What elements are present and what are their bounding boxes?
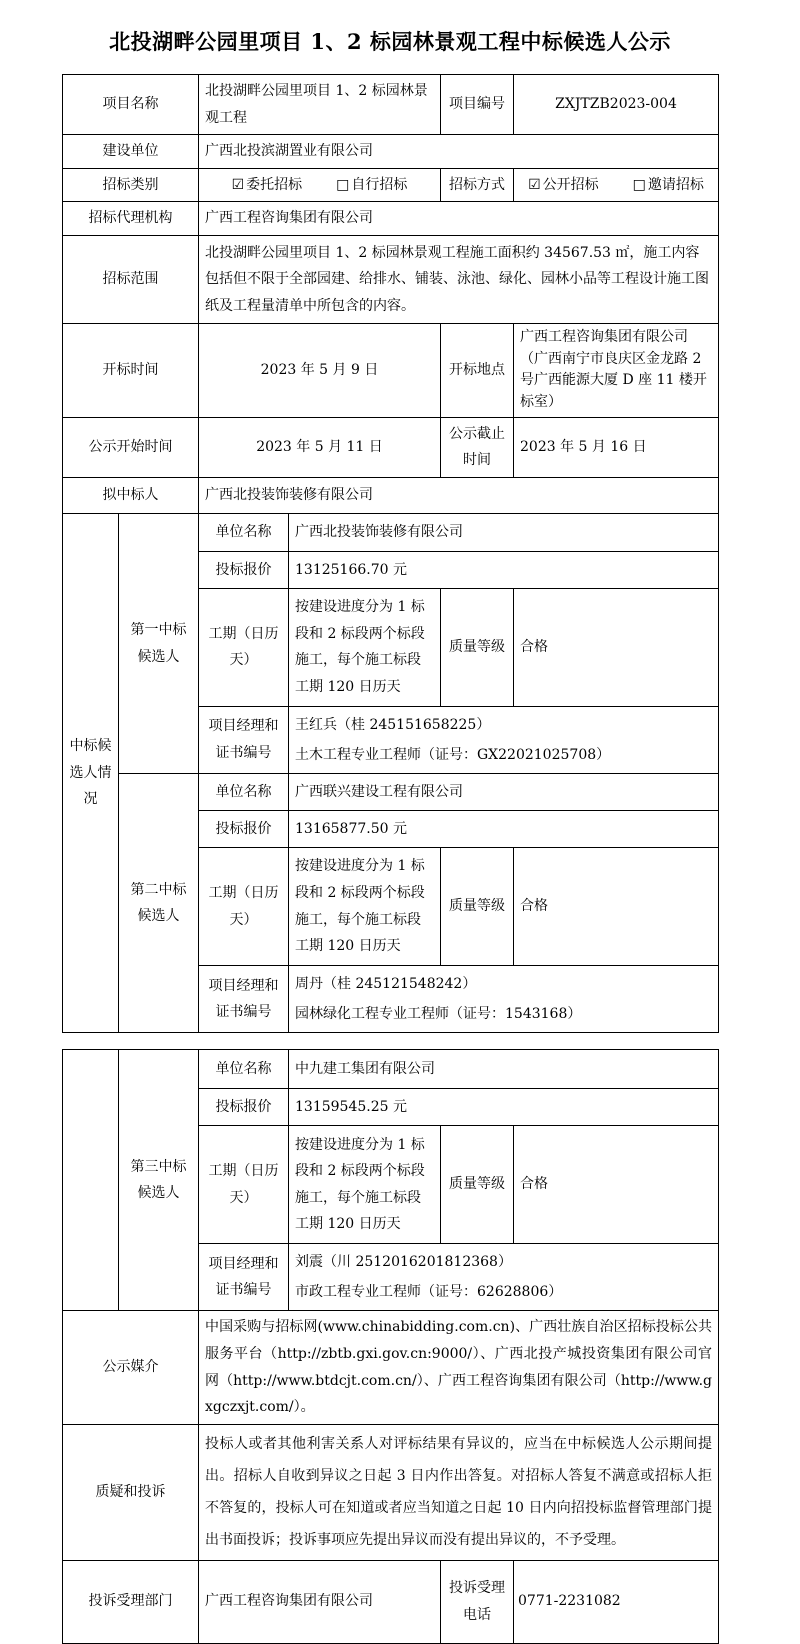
publicity-start-value: 2023 年 5 月 11 日 <box>199 417 441 477</box>
bid-method-label: 招标方式 <box>441 168 514 202</box>
table-row: 质疑和投诉 投标人或者其他利害关系人对评标结果有异议的，应当在中标候选人公示期间… <box>63 1424 719 1560</box>
self-bid-label: 自行招标 <box>351 172 407 199</box>
checked-checkbox-icon: ☑ <box>528 172 541 199</box>
unchecked-checkbox-icon: □ <box>336 172 349 199</box>
candidate-1-price-value: 13125166.70 元 <box>289 551 719 588</box>
table-row: 第三中标候选人 单位名称 中九建工集团有限公司 <box>63 1050 719 1089</box>
table-row: 投诉受理部门 广西工程咨询集团有限公司 投诉受理电话 0771-2231082 <box>63 1560 719 1643</box>
manager-cert-label: 项目经理和证书编号 <box>199 966 289 1033</box>
publicity-end-label: 公示截止时间 <box>441 417 514 477</box>
checked-checkbox-icon: ☑ <box>232 172 245 199</box>
table-row: 开标时间 2023 年 5 月 9 日 开标地点 广西工程咨询集团有限公司（广西… <box>63 323 719 417</box>
manager-cert-line: 园林绿化工程专业工程师（证号：1543168） <box>295 999 712 1029</box>
proposed-winner-value: 广西北投装饰装修有限公司 <box>199 477 719 513</box>
invite-bid-label: 邀请招标 <box>648 172 704 199</box>
candidates-group-empty-cell <box>63 1050 119 1311</box>
candidate-1-rank-label: 第一中标候选人 <box>119 513 199 773</box>
complaint-dept-value: 广西工程咨询集团有限公司 <box>199 1560 441 1643</box>
manager-name-line: 王红兵（桂 245151658225） <box>295 710 712 740</box>
candidate-2-manager-value: 周丹（桂 245121548242） 园林绿化工程专业工程师（证号：154316… <box>289 966 719 1033</box>
project-name-label: 项目名称 <box>63 75 199 135</box>
owner-value: 广西北投滨湖置业有限公司 <box>199 135 719 169</box>
scope-label: 招标范围 <box>63 235 199 323</box>
duration-label: 工期（日历天） <box>199 588 289 706</box>
manager-name-line: 刘震（川 2512016201812368） <box>295 1247 712 1277</box>
candidate-3-unit-value: 中九建工集团有限公司 <box>289 1050 719 1089</box>
project-name-value: 北投湖畔公园里项目 1、2 标园林景观工程 <box>199 75 441 135</box>
bid-price-label: 投标报价 <box>199 551 289 588</box>
table-row: 公示开始时间 2023 年 5 月 11 日 公示截止时间 2023 年 5 月… <box>63 417 719 477</box>
manager-name-line: 周丹（桂 245121548242） <box>295 969 712 999</box>
table-row: 招标代理机构 广西工程咨询集团有限公司 <box>63 202 719 236</box>
table-row: 中标候选人情况 第一中标候选人 单位名称 广西北投装饰装修有限公司 <box>63 513 719 551</box>
candidate-1-quality-value: 合格 <box>514 588 719 706</box>
table-row: 招标范围 北投湖畔公园里项目 1、2 标园林景观工程施工面积约 34567.53… <box>63 235 719 323</box>
unchecked-checkbox-icon: □ <box>633 172 646 199</box>
publicity-end-value: 2023 年 5 月 16 日 <box>514 417 719 477</box>
project-no-label: 项目编号 <box>441 75 514 135</box>
candidate-1-duration-value: 按建设进度分为 1 标段和 2 标段两个标段施工，每个施工标段工期 120 日历… <box>289 588 441 706</box>
candidate-3-duration-value: 按建设进度分为 1 标段和 2 标段两个标段施工，每个施工标段工期 120 日历… <box>289 1126 441 1244</box>
open-place-value: 广西工程咨询集团有限公司（广西南宁市良庆区金龙路 2 号广西能源大厦 D 座 1… <box>514 323 719 417</box>
bid-category-label: 招标类别 <box>63 168 199 202</box>
proposed-winner-label: 拟中标人 <box>63 477 199 513</box>
manager-cert-line: 市政工程专业工程师（证号：62628806） <box>295 1277 712 1307</box>
duration-label: 工期（日历天） <box>199 1126 289 1244</box>
open-time-label: 开标时间 <box>63 323 199 417</box>
page-title: 北投湖畔公园里项目 1、2 标园林景观工程中标候选人公示 <box>62 26 718 56</box>
candidate-2-price-value: 13165877.50 元 <box>289 811 719 848</box>
open-bid-label: 公开招标 <box>543 172 599 199</box>
quality-grade-label: 质量等级 <box>441 848 514 966</box>
candidate-3-rank-label: 第三中标候选人 <box>119 1050 199 1311</box>
bid-price-label: 投标报价 <box>199 1089 289 1126</box>
candidate-2-quality-value: 合格 <box>514 848 719 966</box>
candidate-3-price-value: 13159545.25 元 <box>289 1089 719 1126</box>
candidates-group-label: 中标候选人情况 <box>63 513 119 1032</box>
table-row: 项目名称 北投湖畔公园里项目 1、2 标园林景观工程 项目编号 ZXJTZB20… <box>63 75 719 135</box>
manager-cert-label: 项目经理和证书编号 <box>199 706 289 773</box>
candidate-3-and-footer-table: 第三中标候选人 单位名称 中九建工集团有限公司 投标报价 13159545.25… <box>62 1049 719 1643</box>
open-time-value: 2023 年 5 月 9 日 <box>199 323 441 417</box>
table-row: 建设单位 广西北投滨湖置业有限公司 <box>63 135 719 169</box>
invite-bid-option: □邀请招标 <box>633 172 704 199</box>
candidate-3-quality-value: 合格 <box>514 1126 719 1244</box>
table-row: 公示媒介 中国采购与招标网(www.chinabidding.com.cn)、广… <box>63 1311 719 1424</box>
agency-label: 招标代理机构 <box>63 202 199 236</box>
open-place-label: 开标地点 <box>441 323 514 417</box>
project-no-value: ZXJTZB2023-004 <box>514 75 719 135</box>
complaint-phone-value: 0771-2231082 <box>514 1560 719 1643</box>
self-bid-option: □自行招标 <box>336 172 407 199</box>
open-bid-option: ☑公开招标 <box>528 172 599 199</box>
bid-method-options: ☑公开招标 □邀请招标 <box>514 168 719 202</box>
document-page: 北投湖畔公园里项目 1、2 标园林景观工程中标候选人公示 项目名称 北投湖畔公园… <box>0 0 800 1644</box>
scope-value: 北投湖畔公园里项目 1、2 标园林景观工程施工面积约 34567.53 ㎡，施工… <box>199 235 719 323</box>
publicity-media-value: 中国采购与招标网(www.chinabidding.com.cn)、广西壮族自治… <box>199 1311 719 1424</box>
bid-price-label: 投标报价 <box>199 811 289 848</box>
candidate-1-manager-value: 王红兵（桂 245151658225） 土木工程专业工程师（证号：GX22021… <box>289 706 719 773</box>
unit-name-label: 单位名称 <box>199 1050 289 1089</box>
entrust-bid-option: ☑委托招标 <box>232 172 303 199</box>
manager-cert-label: 项目经理和证书编号 <box>199 1244 289 1311</box>
candidate-2-unit-value: 广西联兴建设工程有限公司 <box>289 774 719 811</box>
owner-label: 建设单位 <box>63 135 199 169</box>
complaint-phone-label: 投诉受理电话 <box>441 1560 514 1643</box>
bid-category-options: ☑委托招标 □自行招标 <box>199 168 441 202</box>
complaint-dept-label: 投诉受理部门 <box>63 1560 199 1643</box>
unit-name-label: 单位名称 <box>199 513 289 551</box>
quality-grade-label: 质量等级 <box>441 1126 514 1244</box>
duration-label: 工期（日历天） <box>199 848 289 966</box>
manager-cert-line: 土木工程专业工程师（证号：GX22021025708） <box>295 740 712 770</box>
publicity-start-label: 公示开始时间 <box>63 417 199 477</box>
candidate-2-rank-label: 第二中标候选人 <box>119 774 199 1033</box>
objection-complaint-label: 质疑和投诉 <box>63 1424 199 1560</box>
quality-grade-label: 质量等级 <box>441 588 514 706</box>
objection-complaint-value: 投标人或者其他利害关系人对评标结果有异议的，应当在中标候选人公示期间提出。招标人… <box>199 1424 719 1560</box>
publicity-media-label: 公示媒介 <box>63 1311 199 1424</box>
unit-name-label: 单位名称 <box>199 774 289 811</box>
candidate-2-duration-value: 按建设进度分为 1 标段和 2 标段两个标段施工，每个施工标段工期 120 日历… <box>289 848 441 966</box>
table-row: 拟中标人 广西北投装饰装修有限公司 <box>63 477 719 513</box>
table-row: 第二中标候选人 单位名称 广西联兴建设工程有限公司 <box>63 774 719 811</box>
table-row: 招标类别 ☑委托招标 □自行招标 招标方式 ☑公开招标 □邀请招标 <box>63 168 719 202</box>
entrust-bid-label: 委托招标 <box>246 172 302 199</box>
table-gap <box>62 1033 718 1049</box>
candidate-1-unit-value: 广西北投装饰装修有限公司 <box>289 513 719 551</box>
agency-value: 广西工程咨询集团有限公司 <box>199 202 719 236</box>
candidate-3-manager-value: 刘震（川 2512016201812368） 市政工程专业工程师（证号：6262… <box>289 1244 719 1311</box>
announcement-document: 北投湖畔公园里项目 1、2 标园林景观工程中标候选人公示 项目名称 北投湖畔公园… <box>62 0 718 1644</box>
main-info-table: 项目名称 北投湖畔公园里项目 1、2 标园林景观工程 项目编号 ZXJTZB20… <box>62 74 719 1033</box>
